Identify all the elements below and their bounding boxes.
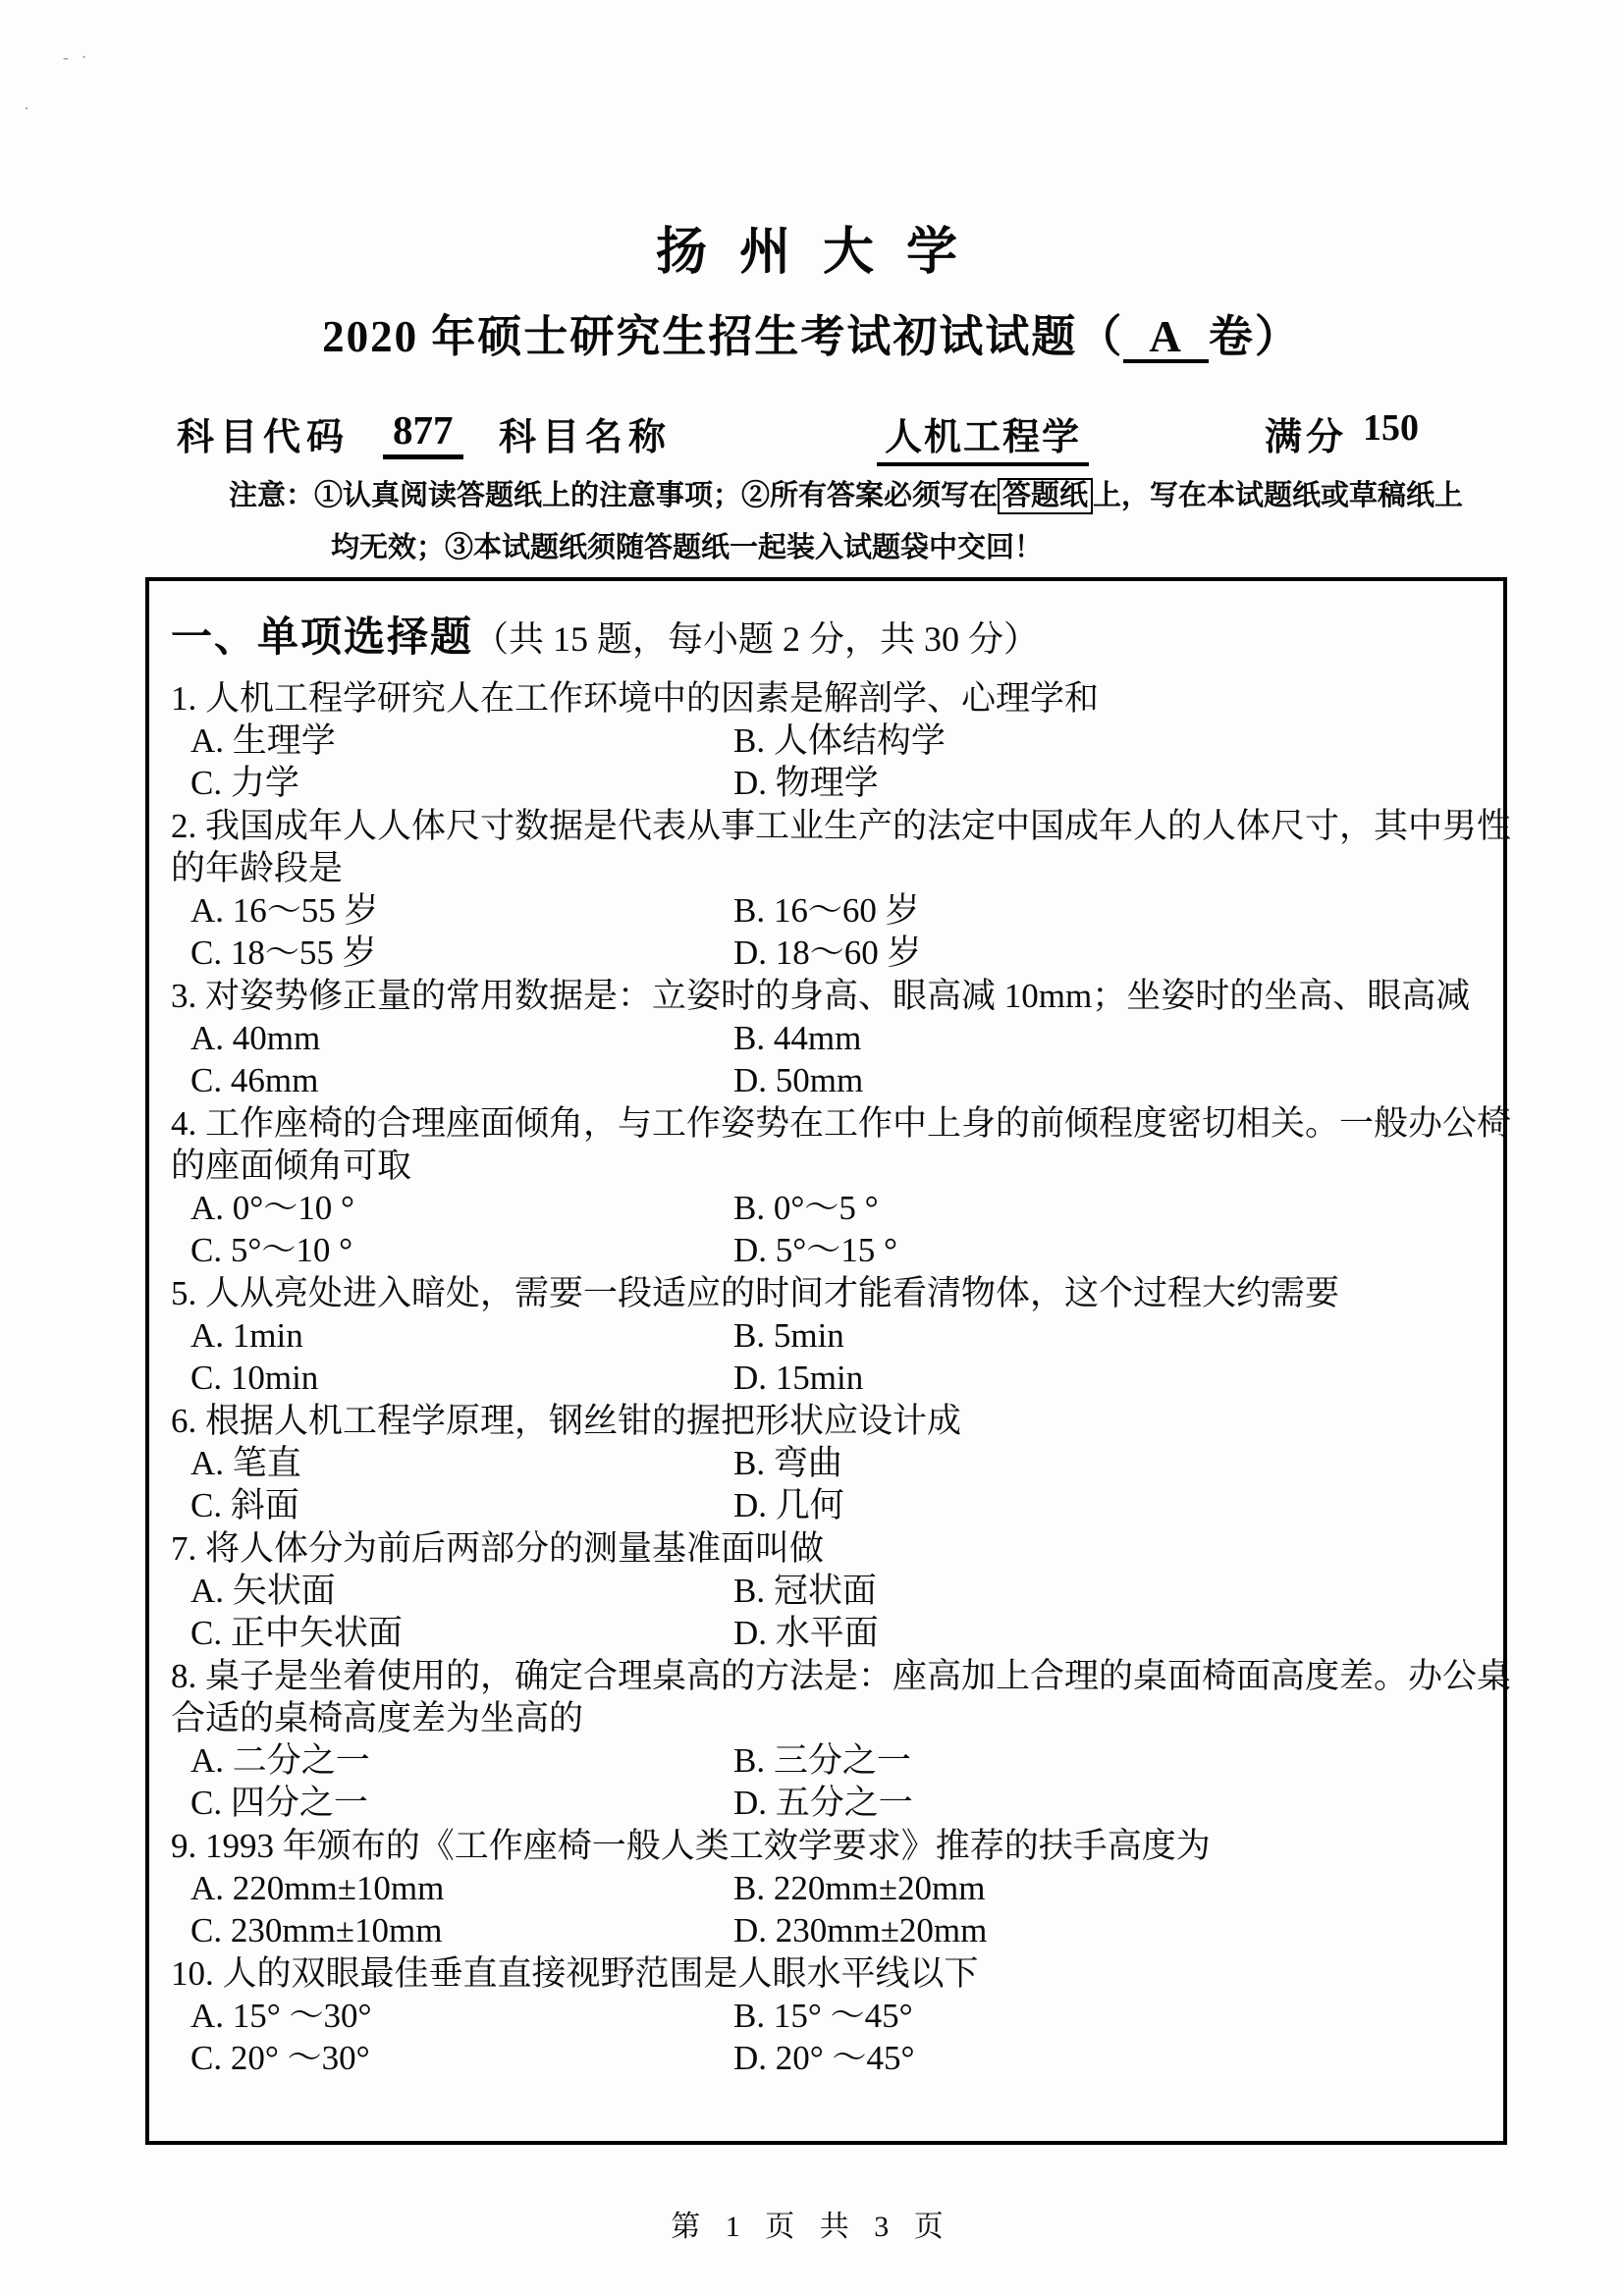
- question-6: 6. 根据人机工程学原理，钢丝钳的握把形状应设计成 A. 笔直 B. 弯曲 C.…: [171, 1400, 1497, 1526]
- option-a: A. 220mm±10mm: [190, 1867, 733, 1909]
- question-8: 8. 桌子是坐着使用的，确定合理桌高的方法是：座高加上合理的桌面椅面高度差。办公…: [171, 1655, 1497, 1824]
- question-stem-line2: 的年龄段是: [171, 847, 1497, 889]
- option-a: A. 16～55 岁: [190, 889, 733, 932]
- notice-line2: 均无效；③本试题纸须随答题纸一起装入试题袋中交回！: [229, 522, 1505, 574]
- full-score-label: 满分: [1265, 406, 1347, 460]
- question-stem: 1. 人机工程学研究人在工作环境中的因素是解剖学、心理学和: [171, 677, 1497, 720]
- page-footer: 第 1 页 共 3 页: [0, 2202, 1623, 2245]
- option-d: D. 230mm±20mm: [733, 1909, 1497, 1951]
- exam-paper-page: - · · 扬 州 大 学 2020 年硕士研究生招生考试初试试题（A卷） 科目…: [0, 0, 1623, 2296]
- question-options: A. 生理学 B. 人体结构学 C. 力学 D. 物理学: [171, 720, 1497, 804]
- option-b: B. 三分之一: [733, 1739, 1497, 1782]
- notice-label: 注意：: [229, 480, 314, 511]
- subject-code-value: 877: [383, 406, 463, 459]
- option-c: C. 20° ～30°: [190, 2037, 733, 2079]
- option-c: C. 四分之一: [190, 1782, 733, 1824]
- option-a: A. 生理学: [190, 720, 733, 762]
- question-9: 9. 1993 年颁布的《工作座椅一般人类工效学要求》推荐的扶手高度为 A. 2…: [171, 1825, 1497, 1951]
- section-title: 一、单项选择题: [171, 614, 473, 660]
- scan-artifact: ·: [22, 98, 31, 122]
- questions-box: 一、单项选择题（共 15 题，每小题 2 分，共 30 分） 1. 人机工程学研…: [145, 577, 1507, 2145]
- option-b: B. 15° ～45°: [733, 1995, 1497, 2037]
- option-b: B. 弯曲: [733, 1442, 1497, 1484]
- option-b: B. 44mm: [733, 1017, 1497, 1059]
- question-stem-line2: 的座面倾角可取: [171, 1145, 1497, 1187]
- option-b: B. 220mm±20mm: [733, 1867, 1497, 1909]
- question-options: A. 1min B. 5min C. 10min D. 15min: [171, 1314, 1497, 1399]
- option-c: C. 46mm: [190, 1059, 733, 1101]
- question-stem: 6. 根据人机工程学原理，钢丝钳的握把形状应设计成: [171, 1400, 1497, 1442]
- question-stem: 5. 人从亮处进入暗处，需要一段适应的时间才能看清物体，这个过程大约需要: [171, 1272, 1497, 1314]
- option-a: A. 二分之一: [190, 1739, 733, 1782]
- answer-sheet-boxed-word: 答题纸: [998, 478, 1093, 514]
- paper-letter: A: [1123, 315, 1209, 363]
- scan-artifact: - ·: [63, 47, 91, 68]
- question-stem: 4. 工作座椅的合理座面倾角，与工作姿势在工作中上身的前倾程度密切相关。一般办公…: [171, 1102, 1497, 1145]
- subject-code-label: 科目代码: [177, 406, 350, 460]
- notice: 注意：①认真阅读答题纸上的注意事项；②所有答案必须写在答题纸上，写在本试题纸或草…: [229, 470, 1505, 574]
- option-d: D. 15min: [733, 1357, 1497, 1399]
- question-stem-line2: 合适的桌椅高度差为坐高的: [171, 1697, 1497, 1739]
- question-7: 7. 将人体分为前后两部分的测量基准面叫做 A. 矢状面 B. 冠状面 C. 正…: [171, 1527, 1497, 1654]
- question-options: A. 二分之一 B. 三分之一 C. 四分之一 D. 五分之一: [171, 1739, 1497, 1824]
- option-a: A. 笔直: [190, 1442, 733, 1484]
- option-d: D. 18～60 岁: [733, 932, 1497, 974]
- option-d: D. 50mm: [733, 1059, 1497, 1101]
- question-options: A. 220mm±10mm B. 220mm±20mm C. 230mm±10m…: [171, 1867, 1497, 1951]
- option-b: B. 5min: [733, 1314, 1497, 1357]
- option-c: C. 斜面: [190, 1484, 733, 1526]
- option-d: D. 20° ～45°: [733, 2037, 1497, 2079]
- question-options: A. 0°～10 ° B. 0°～5 ° C. 5°～10 ° D. 5°～15…: [171, 1187, 1497, 1271]
- question-options: A. 矢状面 B. 冠状面 C. 正中矢状面 D. 水平面: [171, 1570, 1497, 1654]
- option-b: B. 16～60 岁: [733, 889, 1497, 932]
- subject-name-value: 人机工程学: [877, 406, 1089, 466]
- option-d: D. 物理学: [733, 762, 1497, 804]
- section-heading: 一、单项选择题（共 15 题，每小题 2 分，共 30 分）: [171, 605, 1497, 664]
- option-d: D. 五分之一: [733, 1782, 1497, 1824]
- option-a: A. 40mm: [190, 1017, 733, 1059]
- option-a: A. 矢状面: [190, 1570, 733, 1612]
- subject-name-label: 科目名称: [499, 406, 672, 460]
- exam-title-prefix: 2020 年硕士研究生招生考试初试试题（: [322, 312, 1123, 361]
- option-b: B. 人体结构学: [733, 720, 1497, 762]
- notice-line1: 注意：①认真阅读答题纸上的注意事项；②所有答案必须写在答题纸上，写在本试题纸或草…: [229, 470, 1505, 522]
- notice-line1-text: ①认真阅读答题纸上的注意事项；②所有答案必须写在: [314, 480, 998, 511]
- question-stem: 10. 人的双眼最佳垂直直接视野范围是人眼水平线以下: [171, 1952, 1497, 1995]
- option-c: C. 230mm±10mm: [190, 1909, 733, 1951]
- university-title: 扬 州 大 学: [0, 210, 1623, 284]
- section-score-note: （共 15 题，每小题 2 分，共 30 分）: [473, 619, 1039, 659]
- question-3: 3. 对姿势修正量的常用数据是：立姿时的身高、眼高减 10mm；坐姿时的坐高、眼…: [171, 975, 1497, 1101]
- option-a: A. 15° ～30°: [190, 1995, 733, 2037]
- option-a: A. 1min: [190, 1314, 733, 1357]
- option-b: B. 冠状面: [733, 1570, 1497, 1612]
- question-stem: 8. 桌子是坐着使用的，确定合理桌高的方法是：座高加上合理的桌面椅面高度差。办公…: [171, 1655, 1497, 1697]
- option-d: D. 水平面: [733, 1612, 1497, 1654]
- question-options: A. 16～55 岁 B. 16～60 岁 C. 18～55 岁 D. 18～6…: [171, 889, 1497, 974]
- full-score-value: 150: [1363, 406, 1419, 450]
- option-c: C. 10min: [190, 1357, 733, 1399]
- option-b: B. 0°～5 °: [733, 1187, 1497, 1229]
- question-stem: 3. 对姿势修正量的常用数据是：立姿时的身高、眼高减 10mm；坐姿时的坐高、眼…: [171, 975, 1497, 1017]
- option-d: D. 5°～15 °: [733, 1229, 1497, 1271]
- option-a: A. 0°～10 °: [190, 1187, 733, 1229]
- question-2: 2. 我国成年人人体尺寸数据是代表从事工业生产的法定中国成年人的人体尺寸，其中男…: [171, 805, 1497, 974]
- question-options: A. 40mm B. 44mm C. 46mm D. 50mm: [171, 1017, 1497, 1101]
- question-stem: 7. 将人体分为前后两部分的测量基准面叫做: [171, 1527, 1497, 1570]
- question-stem: 2. 我国成年人人体尺寸数据是代表从事工业生产的法定中国成年人的人体尺寸，其中男…: [171, 805, 1497, 847]
- option-c: C. 18～55 岁: [190, 932, 733, 974]
- question-stem: 9. 1993 年颁布的《工作座椅一般人类工效学要求》推荐的扶手高度为: [171, 1825, 1497, 1867]
- option-c: C. 正中矢状面: [190, 1612, 733, 1654]
- question-5: 5. 人从亮处进入暗处，需要一段适应的时间才能看清物体，这个过程大约需要 A. …: [171, 1272, 1497, 1399]
- question-options: A. 笔直 B. 弯曲 C. 斜面 D. 几何: [171, 1442, 1497, 1526]
- option-c: C. 力学: [190, 762, 733, 804]
- question-4: 4. 工作座椅的合理座面倾角，与工作姿势在工作中上身的前倾程度密切相关。一般办公…: [171, 1102, 1497, 1271]
- question-10: 10. 人的双眼最佳垂直直接视野范围是人眼水平线以下 A. 15° ～30° B…: [171, 1952, 1497, 2079]
- exam-title-suffix: 卷）: [1209, 312, 1301, 361]
- notice-line1-text-after: 上，写在本试题纸或草稿纸上: [1093, 480, 1463, 511]
- option-c: C. 5°～10 °: [190, 1229, 733, 1271]
- question-1: 1. 人机工程学研究人在工作环境中的因素是解剖学、心理学和 A. 生理学 B. …: [171, 677, 1497, 804]
- exam-title: 2020 年硕士研究生招生考试初试试题（A卷）: [0, 300, 1623, 364]
- option-d: D. 几何: [733, 1484, 1497, 1526]
- subject-meta-row: 科目代码 877 科目名称 人机工程学 满分 150: [0, 406, 1623, 461]
- question-options: A. 15° ～30° B. 15° ～45° C. 20° ～30° D. 2…: [171, 1995, 1497, 2079]
